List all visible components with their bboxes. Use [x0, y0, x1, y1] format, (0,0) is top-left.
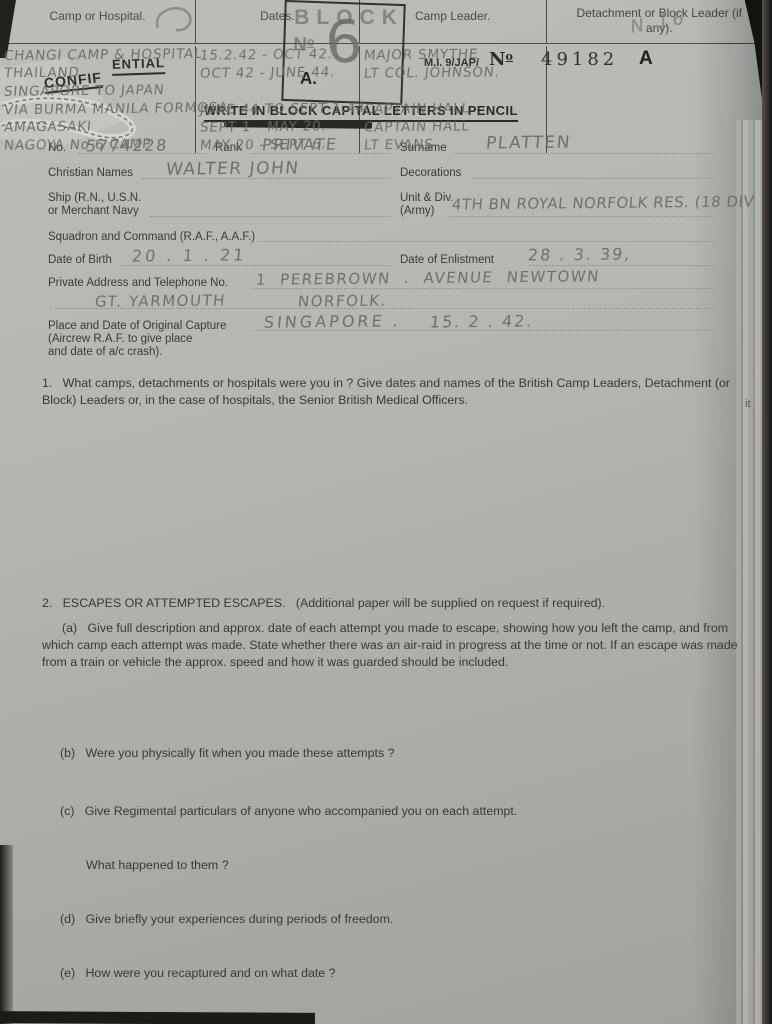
dotted-rule [258, 240, 713, 242]
question-2-title: ESCAPES OR ATTEMPTED ESCAPES. [63, 596, 286, 610]
question-2-note: (Additional paper will be supplied on re… [296, 596, 605, 610]
scan-edge-left-strip [0, 845, 13, 1024]
question-2d: (d) Give briefly your experiences during… [60, 911, 393, 928]
value-surname: PLATTEN [485, 133, 572, 154]
dotted-rule [252, 329, 713, 331]
question-2b-text: Were you physically fit when you made th… [85, 746, 394, 760]
dotted-rule [142, 177, 390, 179]
question-2c-text: Give Regimental particulars of anyone wh… [85, 804, 518, 818]
dotted-rule [472, 177, 713, 179]
question-2d-text: Give briefly your experiences during per… [85, 912, 393, 926]
question-2c: (c) Give Regimental particulars of anyon… [60, 803, 517, 820]
underlying-page-edges [736, 120, 762, 1024]
dotted-rule [150, 215, 390, 217]
question-2b: (b) Were you physically fit when you mad… [60, 745, 395, 762]
field-label-unit-line2: (Army) [400, 205, 435, 217]
field-label-date-of-birth: Date of Birth [48, 254, 112, 266]
field-label-unit-line1: Unit & Div. [400, 192, 453, 204]
value-date-of-enlistment: 28 . 3. 39, [527, 244, 632, 264]
field-label-squadron: Squadron and Command (R.A.F., A.A.F.) [48, 231, 255, 243]
table-row: CHANGI CAMP & HOSPITAL 15.2.42 - OCT 42.… [0, 46, 772, 64]
dotted-rule [55, 307, 713, 309]
field-label-christian-names: Christian Names [48, 167, 133, 179]
value-address-line1: 1 PEREBROWN . AVENUE NEWTOWN [255, 267, 601, 289]
dotted-rule [450, 215, 713, 217]
table-row: VIA BURMA MANILA FORMOSA JUNE 44 TO SEPT… [0, 100, 772, 118]
question-2e-text: How were you recaptured and on what date… [85, 966, 335, 980]
question-2a-text: Give full description and approx. date o… [42, 621, 738, 669]
question-2a: (a) Give full description and approx. da… [42, 620, 748, 671]
dotted-rule [528, 264, 713, 266]
scanned-pow-form-page: N 16 CONFIF ENTIAL BLOCK No 6 A. M.I. 9/… [0, 0, 772, 1024]
question-2c-followup-text: What happened to them ? [86, 858, 229, 872]
edge-pencil-mark: it [745, 398, 751, 410]
question-1-text: What camps, detachments or hospitals wer… [42, 376, 730, 407]
question-1-number: 1. [42, 376, 52, 390]
scan-edge-bottom-bar [0, 1011, 315, 1024]
field-label-ship-line2: or Merchant Navy [48, 205, 139, 217]
question-1: 1. What camps, detachments or hospitals … [42, 375, 748, 409]
field-label-date-of-enlistment: Date of Enlistment [400, 254, 494, 266]
ref-suffix: A [639, 48, 653, 70]
question-2e: (e) How were you recaptured and on what … [60, 965, 336, 982]
ref-number: 49182 [541, 49, 618, 70]
dotted-rule [122, 264, 390, 266]
question-2c-followup: What happened to them ? [86, 857, 229, 874]
value-date-of-birth: 20 . 1 . 21 [131, 245, 247, 265]
field-label-capture-line1: Place and Date of Original Capture [48, 320, 226, 332]
dotted-rule [455, 152, 713, 154]
col-header-camp: Camp or Hospital. [0, 0, 196, 43]
field-label-ship-line1: Ship (R.N., U.S.N. [48, 192, 141, 204]
question-2-heading: 2. ESCAPES OR ATTEMPTED ESCAPES. (Additi… [42, 595, 752, 612]
field-label-capture-line3: and date of a/c crash). [48, 346, 162, 358]
field-label-decorations: Decorations [400, 167, 461, 179]
question-2a-label: (a) [62, 621, 77, 635]
field-label-address: Private Address and Telephone No. [48, 277, 228, 289]
value-unit: 4TH BN ROYAL NORFOLK RES. (18 DIV [451, 192, 755, 213]
table-row: AMAGASAKI SEPT 1 - MAY 20. CAPTAIN HALL [0, 118, 772, 136]
dotted-rule [252, 287, 713, 289]
field-label-capture-line2: (Aircrew R.A.F. to give place [48, 333, 192, 345]
